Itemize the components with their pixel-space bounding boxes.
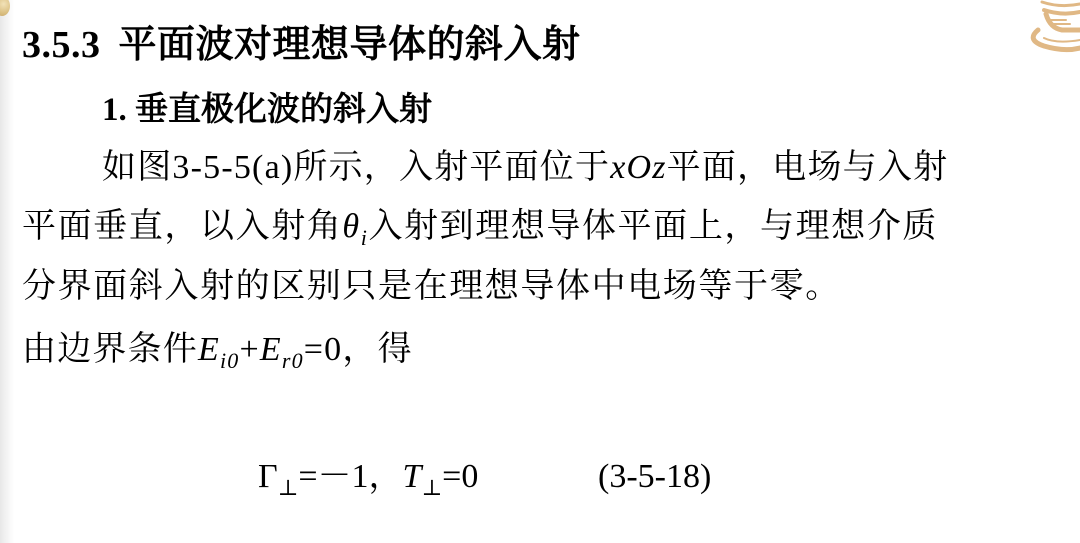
math-variable: E	[260, 331, 282, 368]
equation: Γ⊥=－1，T⊥=0	[258, 460, 478, 494]
text: =0，得	[304, 331, 413, 368]
text: 如图3-5-5(a)所示，入射平面位于	[102, 149, 610, 186]
section-number: 3.5.3	[22, 24, 101, 66]
coffee-cup-icon	[1000, 0, 1080, 60]
math-subscript: ⊥	[421, 475, 442, 500]
section-title: 3.5.3平面波对理想导体的斜入射	[22, 13, 581, 68]
text: =－1，	[298, 458, 402, 495]
text: =0	[442, 458, 478, 495]
paragraph-line-3: 分界面斜入射的区别只是在理想导体中电场等于零。	[22, 270, 841, 304]
math-variable: T	[403, 458, 422, 495]
math-variable: xOz	[610, 149, 666, 186]
math-subscript: i0	[220, 348, 240, 373]
math-subscript: r0	[282, 348, 304, 373]
left-edge-decoration	[0, 0, 14, 543]
math-symbol: Γ	[258, 458, 278, 495]
text: +	[239, 331, 259, 368]
subsection-title: 1. 垂直极化波的斜入射	[102, 83, 432, 130]
text: 平面，电场与入射	[667, 149, 949, 186]
math-subscript: ⊥	[278, 475, 299, 500]
text: 平面垂直，以入射角	[22, 208, 342, 245]
boundary-condition-line: 由边界条件Ei0+Er0=0，得	[22, 333, 413, 367]
section-title-text: 平面波对理想导体的斜入射	[119, 24, 581, 66]
text: 由边界条件	[22, 331, 198, 368]
math-variable: θ	[342, 208, 360, 245]
paragraph-line-1: 如图3-5-5(a)所示，入射平面位于xOz平面，电场与入射	[102, 151, 948, 185]
paragraph-line-2: 平面垂直，以入射角θi入射到理想导体平面上，与理想介质	[22, 210, 938, 244]
text: 入射到理想导体平面上，与理想介质	[368, 208, 938, 245]
equation-number: (3-5-18)	[598, 460, 711, 494]
math-variable: E	[198, 331, 220, 368]
